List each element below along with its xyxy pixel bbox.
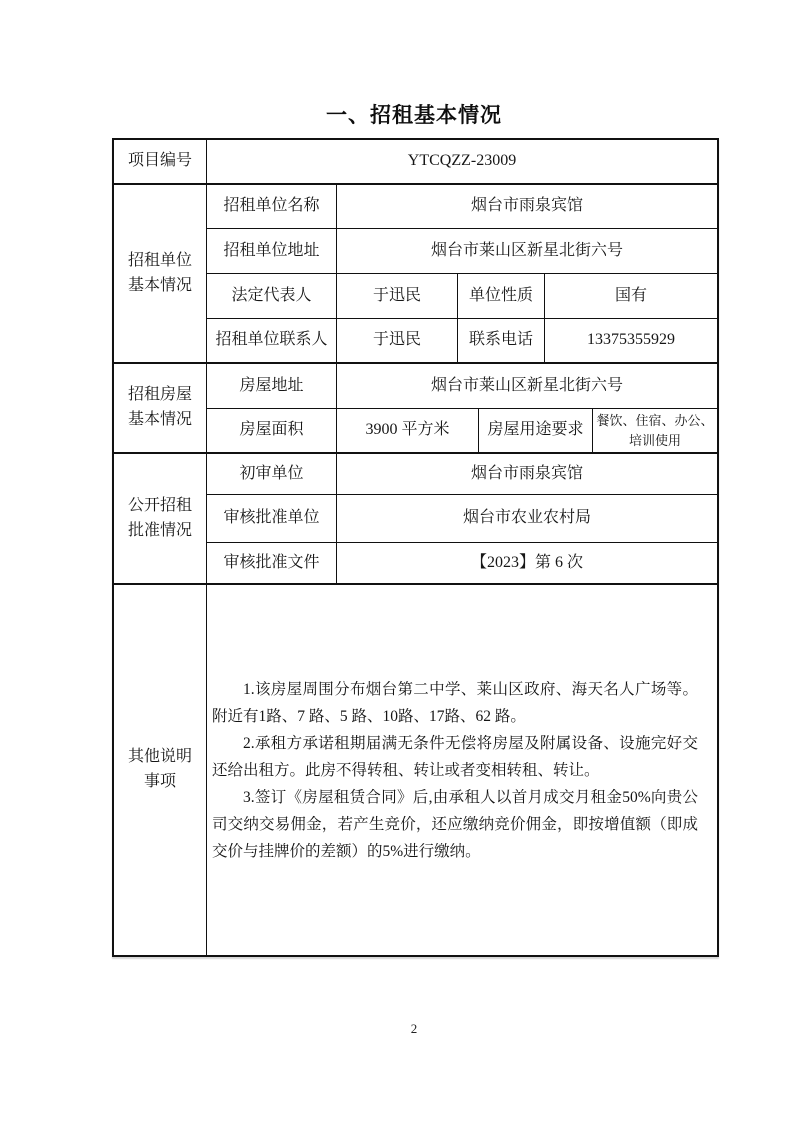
house-address-label: 房屋地址: [207, 364, 337, 409]
house-area-label: 房屋面积: [207, 409, 337, 454]
phone-label: 联系电话: [458, 319, 545, 364]
legal-rep-value: 于迅民: [337, 274, 458, 319]
notes-cell: 1.该房屋周围分布烟台第二中学、莱山区政府、海天名人广场等。附近有1路、7 路、…: [207, 585, 717, 955]
unit-nature-label: 单位性质: [458, 274, 545, 319]
legal-rep-label: 法定代表人: [207, 274, 337, 319]
notes-section-label: 其他说明事项: [114, 585, 207, 955]
house-address-value: 烟台市莱山区新星北街六号: [337, 364, 717, 409]
unit-section-label: 招租单位基本情况: [114, 185, 207, 364]
unit-contact-value: 于迅民: [337, 319, 458, 364]
unit-address-value: 烟台市莱山区新星北街六号: [337, 229, 717, 274]
unit-name-label: 招租单位名称: [207, 185, 337, 229]
approval-doc-value: 【2023】第 6 次: [337, 543, 717, 585]
unit-name-value: 烟台市雨泉宾馆: [337, 185, 717, 229]
initial-review-value: 烟台市雨泉宾馆: [337, 454, 717, 495]
project-number-value: YTCQZZ-23009: [207, 140, 717, 185]
approval-section-label: 公开招租批准情况: [114, 454, 207, 585]
info-table: 项目编号 YTCQZZ-23009 招租单位基本情况 招租单位名称 烟台市雨泉宾…: [112, 138, 719, 957]
unit-contact-label: 招租单位联系人: [207, 319, 337, 364]
notes-text: 1.该房屋周围分布烟台第二中学、莱山区政府、海天名人广场等。附近有1路、7 路、…: [212, 676, 698, 865]
notes-paragraph-3: 3.签订《房屋租赁合同》后,由承租人以首月成交月租金50%向贵公司交纳交易佣金，…: [212, 784, 698, 865]
unit-nature-value: 国有: [545, 274, 717, 319]
phone-value: 13375355929: [545, 319, 717, 364]
house-section-label: 招租房屋基本情况: [114, 364, 207, 454]
document-title: 一、招租基本情况: [112, 99, 716, 129]
notes-paragraph-1: 1.该房屋周围分布烟台第二中学、莱山区政府、海天名人广场等。附近有1路、7 路、…: [212, 676, 698, 730]
notes-paragraph-2: 2.承租方承诺租期届满无条件无偿将房屋及附属设备、设施完好交还给出租方。此房不得…: [212, 730, 698, 784]
house-area-value: 3900 平方米: [337, 409, 479, 454]
approval-unit-label: 审核批准单位: [207, 495, 337, 543]
initial-review-label: 初审单位: [207, 454, 337, 495]
house-usage-value-text: 餐饮、住宿、办公、培训使用: [594, 411, 716, 450]
approval-doc-label: 审核批准文件: [207, 543, 337, 585]
unit-address-label: 招租单位地址: [207, 229, 337, 274]
document-page: 一、招租基本情况 项目编号 YTCQZZ-23009 招租单位基本情况 招租单位…: [0, 0, 793, 1122]
house-usage-label: 房屋用途要求: [479, 409, 593, 454]
page-number: 2: [112, 1021, 716, 1037]
house-usage-value: 餐饮、住宿、办公、培训使用: [593, 409, 717, 454]
project-number-label: 项目编号: [114, 140, 207, 185]
approval-unit-value: 烟台市农业农村局: [337, 495, 717, 543]
